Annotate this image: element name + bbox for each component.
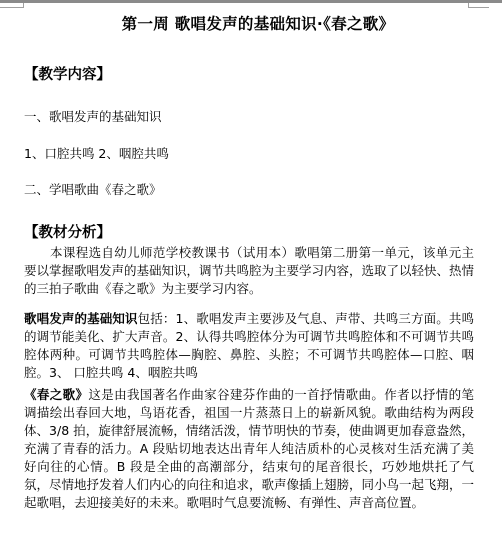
- document-title: 第一周 歌唱发声的基础知识·《春之歌》: [0, 12, 502, 34]
- paragraph-3-lead: 《春之歌》: [24, 387, 88, 402]
- content-item-3: 二、学唱歌曲《春之歌》: [24, 180, 162, 198]
- analysis-paragraph-1: 本课程选自幼儿师范学校教课书（试用本）歌唱第二册第一单元，该单元主要以掌握歌唱发…: [24, 244, 474, 298]
- page-corner-mark-right: [468, 3, 489, 8]
- section-heading-teaching-content: 【教学内容】: [24, 63, 111, 84]
- paragraph-3-body: 这是由我国著名作曲家谷建芬作曲的一首抒情歌曲。作者以抒情的笔调描绘出春回大地，鸟…: [24, 387, 474, 510]
- window-top-border: [0, 0, 502, 3]
- section-heading-material-analysis: 【教材分析】: [24, 221, 111, 242]
- page-corner-mark-left: [0, 3, 24, 8]
- paragraph-2-lead: 歌唱发声的基础知识: [24, 311, 138, 326]
- analysis-paragraph-2: 歌唱发声的基础知识包括：1、歌唱发声主要涉及气息、声带、共鸣三方面。共鸣的调节能…: [24, 310, 474, 382]
- analysis-paragraph-3: 《春之歌》这是由我国著名作曲家谷建芬作曲的一首抒情歌曲。作者以抒情的笔调描绘出春…: [24, 386, 474, 512]
- content-item-1: 一、歌唱发声的基础知识: [24, 107, 162, 125]
- content-item-2: 1、口腔共鸣 2、咽腔共鸣: [24, 144, 169, 162]
